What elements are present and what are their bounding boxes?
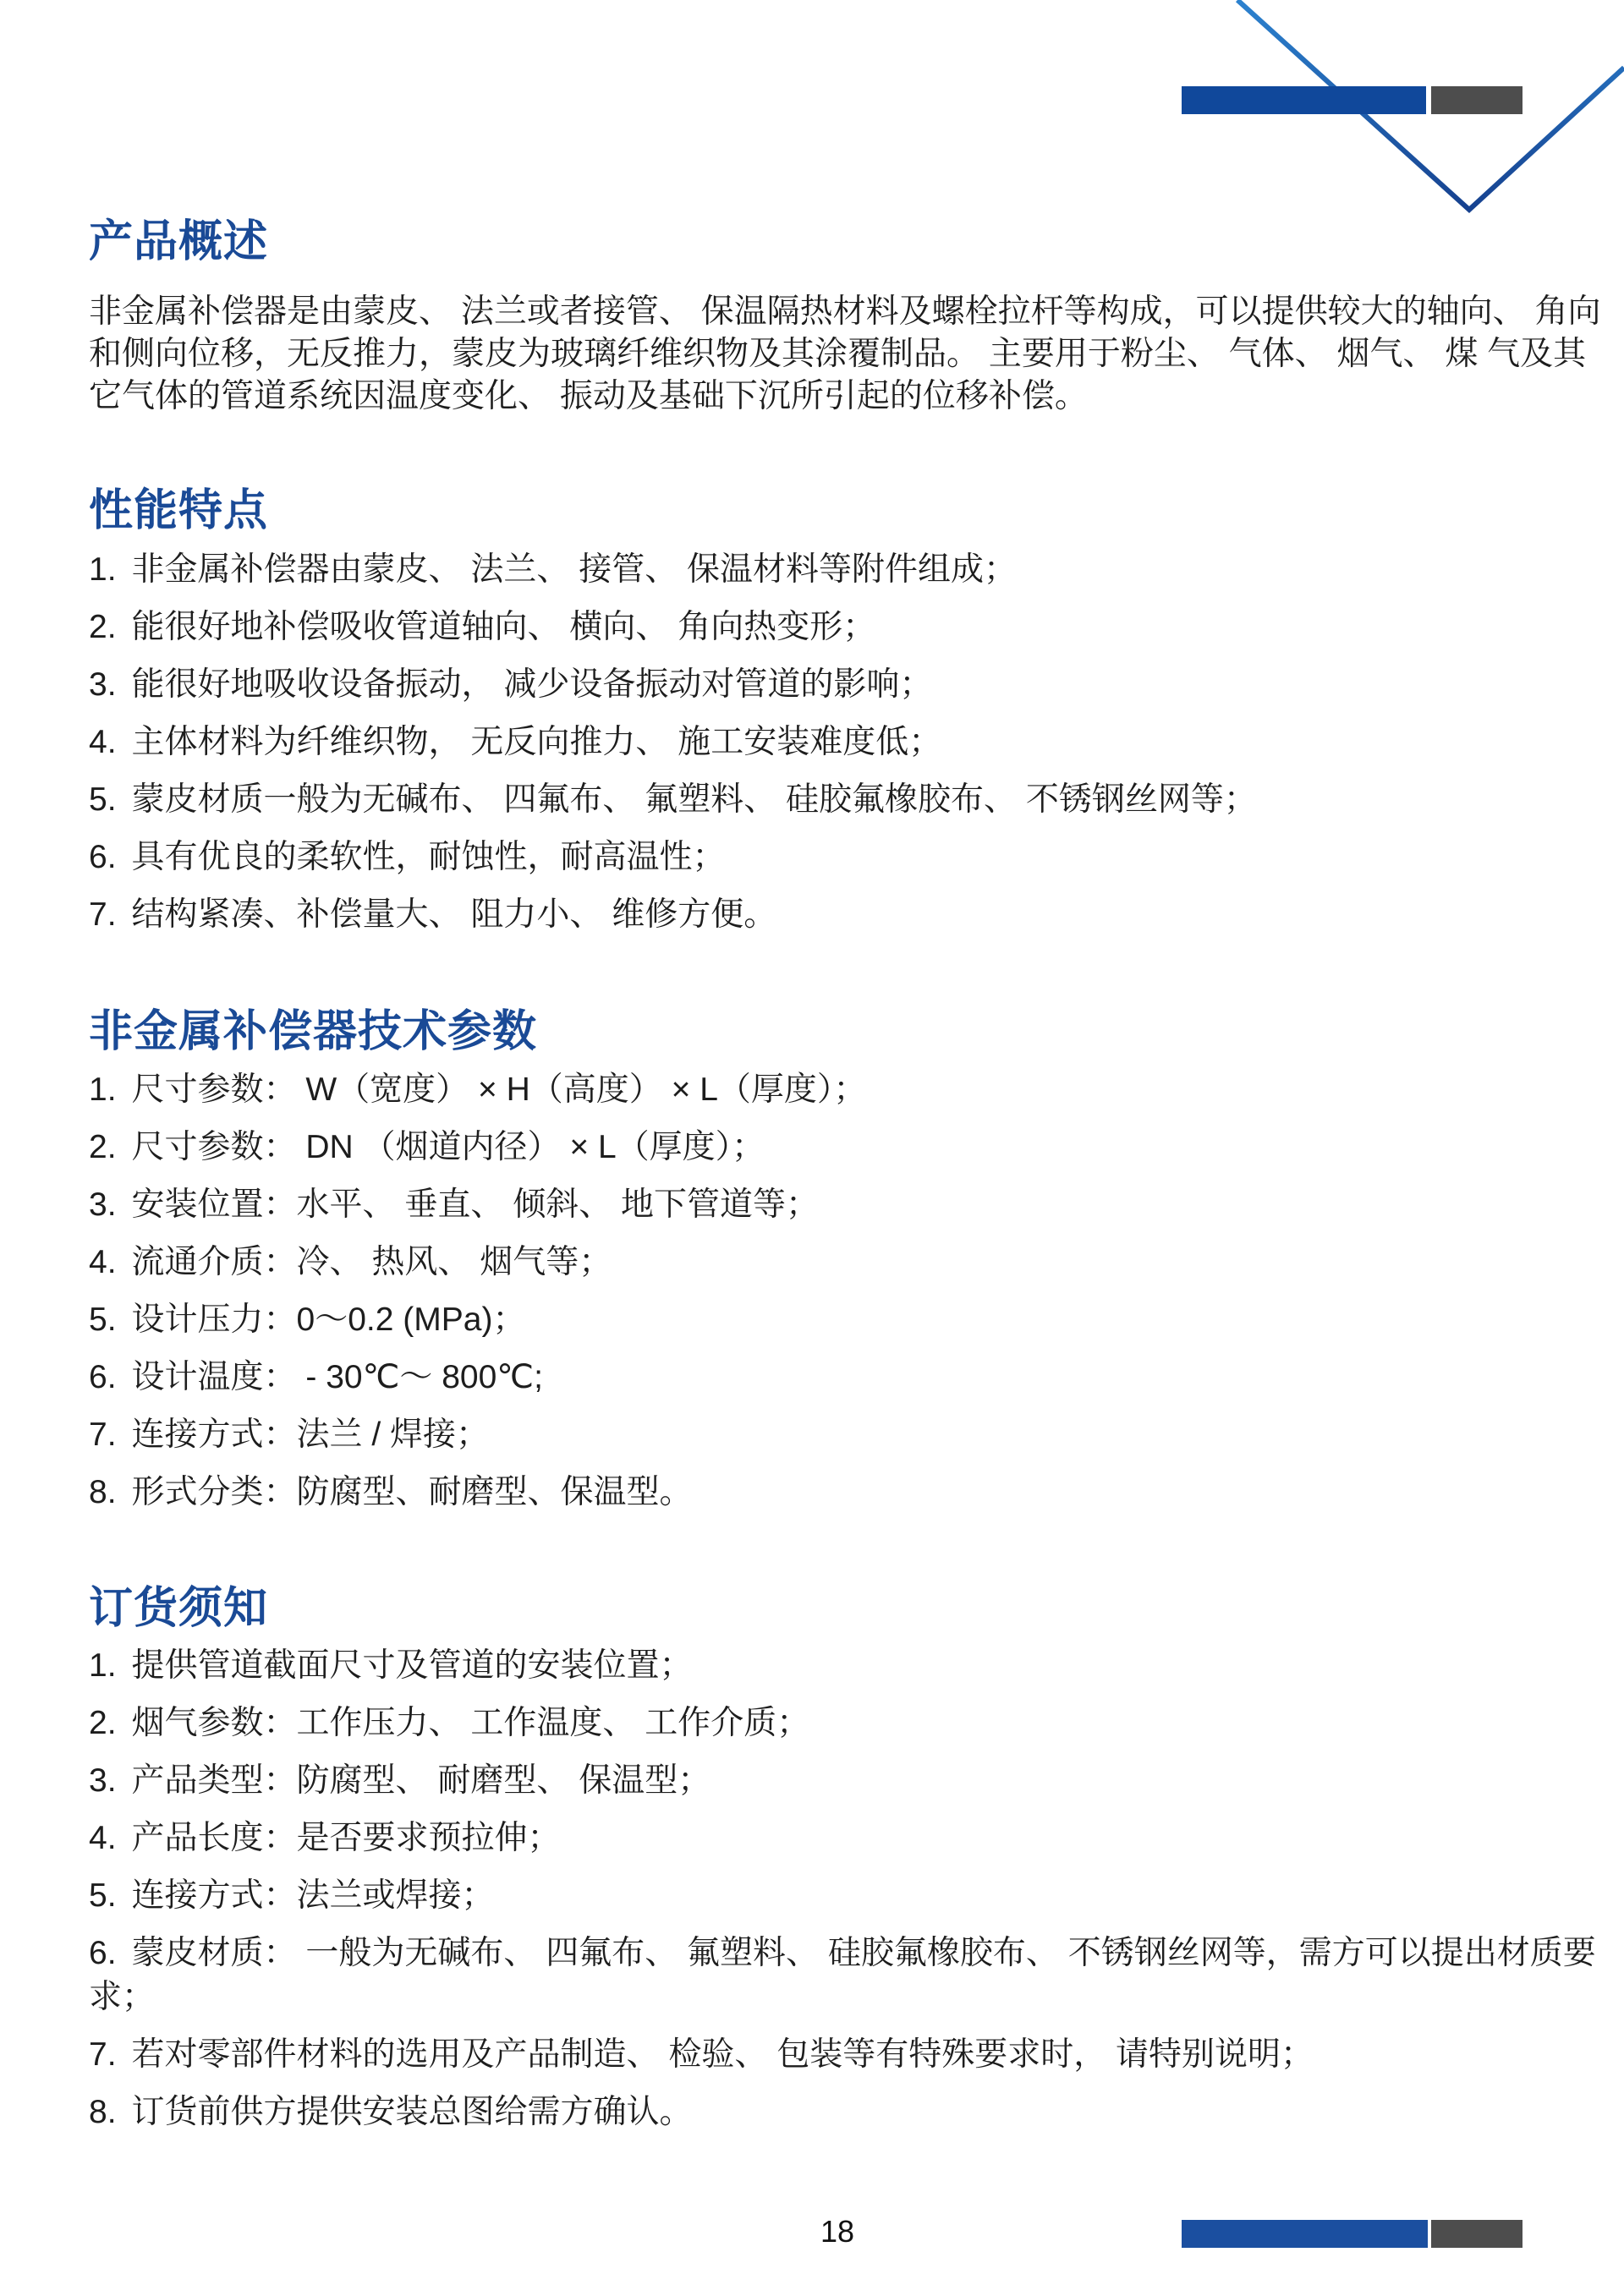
list-item-number: 1. xyxy=(89,548,117,592)
list-item-text: 具有优良的柔软性，耐蚀性，耐高温性； xyxy=(132,839,726,875)
list-item-text: 烟气参数：工作压力、 工作温度、 工作介质； xyxy=(132,1705,810,1741)
list-item: 1.提供管道截面尺寸及管道的安装位置； xyxy=(89,1644,1611,1688)
section-title-product-overview: 产品概述 xyxy=(89,218,268,266)
list-item-number: 2. xyxy=(89,1701,117,1745)
list-item-text: 非金属补偿器由蒙皮、 法兰、 接管、 保温材料等附件组成； xyxy=(132,551,1018,588)
page-number: 18 xyxy=(761,2214,913,2249)
list-item-text: 尺寸参数： W（宽度） × H（高度） × L（厚度）； xyxy=(132,1071,867,1108)
list-item-number: 2. xyxy=(89,606,117,649)
paragraph-line: 它气体的管道系统因温度变化、 振动及基础下沉所引起的位移补偿。 xyxy=(89,375,1577,418)
list-item-number: 3. xyxy=(89,663,117,707)
chevron-v-decoration xyxy=(1100,0,1624,271)
list-item: 3.安装位置：水平、 垂直、 倾斜、 地下管道等； xyxy=(89,1183,1611,1227)
list-item-text: 蒙皮材质： 一般为无碱布、 四氟布、 氟塑料、 硅胶氟橡胶布、 不锈钢丝网等，需… xyxy=(89,1935,1596,2015)
list-item-number: 7. xyxy=(89,1413,117,1457)
list-item: 5.连接方式：法兰或焊接； xyxy=(89,1874,1611,1918)
list-item-number: 1. xyxy=(89,1068,117,1112)
list-item-text: 产品类型：防腐型、 耐磨型、 保温型； xyxy=(132,1762,711,1799)
list-item-text: 尺寸参数： DN （烟道内径） × L（厚度）； xyxy=(132,1129,765,1165)
list-item: 1.非金属补偿器由蒙皮、 法兰、 接管、 保温材料等附件组成； xyxy=(89,548,1611,592)
list-item-number: 3. xyxy=(89,1759,117,1803)
document-page: 产品概述 非金属补偿器是由蒙皮、 法兰或者接管、 保温隔热材料及螺栓拉杆等构成，… xyxy=(0,0,1624,2296)
list-item-number: 4. xyxy=(89,721,117,764)
list-item: 2.能很好地补偿吸收管道轴向、 横向、 角向热变形； xyxy=(89,606,1611,649)
list-item: 3.能很好地吸收设备振动， 减少设备振动对管道的影响； xyxy=(89,663,1611,707)
ordering-notes-list: 1.提供管道截面尺寸及管道的安装位置； 2.烟气参数：工作压力、 工作温度、 工… xyxy=(89,1644,1611,2148)
list-item-number: 7. xyxy=(89,2033,117,2077)
list-item-number: 4. xyxy=(89,1241,117,1285)
list-item: 7.若对零部件材料的选用及产品制造、 检验、 包装等有特殊要求时， 请特别说明； xyxy=(89,2033,1611,2077)
list-item-number: 7. xyxy=(89,893,117,937)
footer-accent-bar-blue xyxy=(1182,2220,1428,2248)
section-title-ordering-notes: 订货须知 xyxy=(89,1585,268,1633)
list-item-number: 8. xyxy=(89,2091,117,2134)
list-item-text: 结构紧凑、补偿量大、 阻力小、 维修方便。 xyxy=(132,896,777,933)
list-item: 7.结构紧凑、补偿量大、 阻力小、 维修方便。 xyxy=(89,893,1611,937)
technical-parameters-list: 1.尺寸参数： W（宽度） × H（高度） × L（厚度）； 2.尺寸参数： D… xyxy=(89,1068,1611,1528)
list-item: 4.产品长度：是否要求预拉伸； xyxy=(89,1817,1611,1860)
list-item-number: 6. xyxy=(89,836,117,879)
list-item: 1.尺寸参数： W（宽度） × H（高度） × L（厚度）； xyxy=(89,1068,1611,1112)
list-item-number: 5. xyxy=(89,1874,117,1918)
footer-accent-bar-gray xyxy=(1431,2220,1522,2248)
section-title-technical-parameters: 非金属补偿器技术参数 xyxy=(89,1008,537,1056)
list-item: 7.连接方式：法兰 / 焊接； xyxy=(89,1413,1611,1457)
list-item-number: 5. xyxy=(89,778,117,822)
list-item-number: 1. xyxy=(89,1644,117,1688)
list-item: 4.流通介质：冷、 热风、 烟气等； xyxy=(89,1241,1611,1285)
overview-paragraph: 非金属补偿器是由蒙皮、 法兰或者接管、 保温隔热材料及螺栓拉杆等构成，可以提供较… xyxy=(89,291,1577,418)
list-item-text: 能很好地吸收设备振动， 减少设备振动对管道的影响； xyxy=(132,666,933,703)
performance-features-list: 1.非金属补偿器由蒙皮、 法兰、 接管、 保温材料等附件组成； 2.能很好地补偿… xyxy=(89,548,1611,951)
list-item-text: 能很好地补偿吸收管道轴向、 横向、 角向热变形； xyxy=(132,609,876,645)
list-item: 6.蒙皮材质： 一般为无碱布、 四氟布、 氟塑料、 硅胶氟橡胶布、 不锈钢丝网等… xyxy=(89,1932,1611,2019)
list-item: 5.蒙皮材质一般为无碱布、 四氟布、 氟塑料、 硅胶氟橡胶布、 不锈钢丝网等； xyxy=(89,778,1611,822)
list-item-text: 连接方式：法兰 / 焊接； xyxy=(132,1417,490,1453)
list-item: 6.具有优良的柔软性，耐蚀性，耐高温性； xyxy=(89,836,1611,879)
list-item: 2.烟气参数：工作压力、 工作温度、 工作介质； xyxy=(89,1701,1611,1745)
list-item: 4.主体材料为纤维织物， 无反向推力、 施工安装难度低； xyxy=(89,721,1611,764)
list-item-text: 安装位置：水平、 垂直、 倾斜、 地下管道等； xyxy=(132,1186,820,1223)
list-item: 2.尺寸参数： DN （烟道内径） × L（厚度）； xyxy=(89,1126,1611,1170)
paragraph-line: 和侧向位移，无反推力，蒙皮为玻璃纤维织物及其涂覆制品。 主要用于粉尘、 气体、 … xyxy=(89,333,1577,375)
list-item-number: 6. xyxy=(89,1356,117,1400)
list-item-text: 形式分类：防腐型、耐磨型、保温型。 xyxy=(132,1474,693,1510)
list-item-text: 蒙皮材质一般为无碱布、 四氟布、 氟塑料、 硅胶氟橡胶布、 不锈钢丝网等； xyxy=(132,781,1257,818)
section-title-performance-features: 性能特点 xyxy=(89,487,268,535)
list-item-number: 2. xyxy=(89,1126,117,1170)
paragraph-line: 非金属补偿器是由蒙皮、 法兰或者接管、 保温隔热材料及螺栓拉杆等构成，可以提供较… xyxy=(89,291,1577,333)
list-item-number: 8. xyxy=(89,1471,117,1515)
list-item: 6.设计温度： - 30℃～ 800℃; xyxy=(89,1356,1611,1400)
list-item-text: 连接方式：法兰或焊接； xyxy=(132,1877,495,1914)
header-accent-bar-gray xyxy=(1431,86,1522,114)
list-item-text: 若对零部件材料的选用及产品制造、 检验、 包装等有特殊要求时， 请特别说明； xyxy=(132,2036,1314,2073)
list-item: 8.订货前供方提供安装总图给需方确认。 xyxy=(89,2091,1611,2134)
list-item-text: 主体材料为纤维织物， 无反向推力、 施工安装难度低； xyxy=(132,724,942,760)
list-item: 5.设计压力：0～0.2 (MPa)； xyxy=(89,1298,1611,1342)
list-item-text: 流通介质：冷、 热风、 烟气等； xyxy=(132,1244,612,1280)
list-item-text: 提供管道截面尺寸及管道的安装位置； xyxy=(132,1647,693,1684)
list-item: 3.产品类型：防腐型、 耐磨型、 保温型； xyxy=(89,1759,1611,1803)
list-item-number: 6. xyxy=(89,1932,117,1975)
list-item-text: 设计压力：0～0.2 (MPa)； xyxy=(132,1301,526,1338)
list-item-number: 4. xyxy=(89,1817,117,1860)
header-accent-bar-blue xyxy=(1182,86,1426,114)
list-item-text: 设计温度： - 30℃～ 800℃; xyxy=(132,1359,543,1395)
list-item-text: 订货前供方提供安装总图给需方确认。 xyxy=(132,2094,693,2130)
list-item-number: 5. xyxy=(89,1298,117,1342)
list-item-text: 产品长度：是否要求预拉伸； xyxy=(132,1820,561,1856)
list-item-number: 3. xyxy=(89,1183,117,1227)
list-item: 8.形式分类：防腐型、耐磨型、保温型。 xyxy=(89,1471,1611,1515)
